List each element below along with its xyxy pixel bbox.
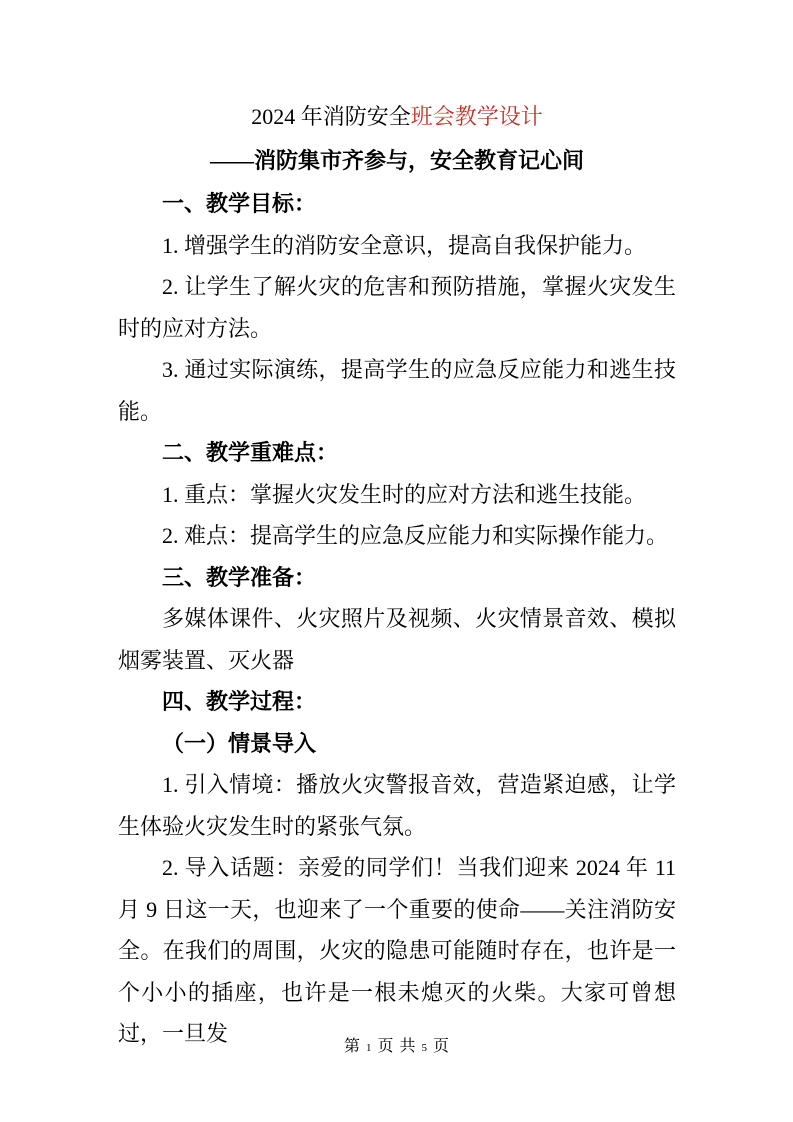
- paragraph-objective-3: 3. 通过实际演练，提高学生的应急反应能力和逃生技能。: [118, 349, 676, 432]
- heading-key-difficult-points: 二、教学重难点：: [118, 432, 676, 474]
- footer-label-di: 第: [344, 1038, 360, 1055]
- heading-scenario-introduction: （一）情景导入: [118, 723, 676, 765]
- heading-teaching-objectives: 一、教学目标：: [118, 183, 676, 225]
- document-subtitle: ——消防集市齐参与，安全教育记心间: [118, 139, 676, 183]
- footer-label-page-2: 页: [433, 1038, 449, 1055]
- total-page-number: 5: [422, 1042, 428, 1054]
- heading-teaching-process: 四、教学过程：: [118, 681, 676, 723]
- paragraph-objective-1: 1. 增强学生的消防安全意识，提高自我保护能力。: [118, 225, 676, 267]
- document-body: 2024 年消防安全班会教学设计 ——消防集市齐参与，安全教育记心间 一、教学目…: [118, 95, 676, 1055]
- paragraph-difficult-point: 2. 难点：提高学生的应急反应能力和实际操作能力。: [118, 515, 676, 557]
- heading-teaching-preparation: 三、教学准备：: [118, 557, 676, 599]
- footer-label-page-1: 页: [377, 1038, 393, 1055]
- paragraph-topic-introduction: 2. 导入话题：亲爱的同学们！当我们迎来 2024 年 11 月 9 日这一天，…: [118, 847, 676, 1055]
- current-page-number: 1: [366, 1042, 372, 1054]
- document-page: 2024 年消防安全班会教学设计 ——消防集市齐参与，安全教育记心间 一、教学目…: [0, 0, 793, 1122]
- title-red-part: 班会教学设计: [411, 104, 543, 129]
- footer-label-total: 共: [400, 1038, 416, 1055]
- paragraph-key-point: 1. 重点：掌握火灾发生时的应对方法和逃生技能。: [118, 474, 676, 516]
- document-title: 2024 年消防安全班会教学设计: [118, 95, 676, 139]
- paragraph-preparation-materials: 多媒体课件、火灾照片及视频、火灾情景音效、模拟烟雾装置、灭火器: [118, 598, 676, 681]
- page-footer: 第1页共5页: [0, 1036, 793, 1059]
- title-black-part: 2024 年消防安全: [251, 104, 411, 129]
- paragraph-scenario-setup: 1. 引入情境：播放火灾警报音效，营造紧迫感，让学生体验火灾发生时的紧张气氛。: [118, 764, 676, 847]
- paragraph-objective-2: 2. 让学生了解火灾的危害和预防措施，掌握火灾发生时的应对方法。: [118, 266, 676, 349]
